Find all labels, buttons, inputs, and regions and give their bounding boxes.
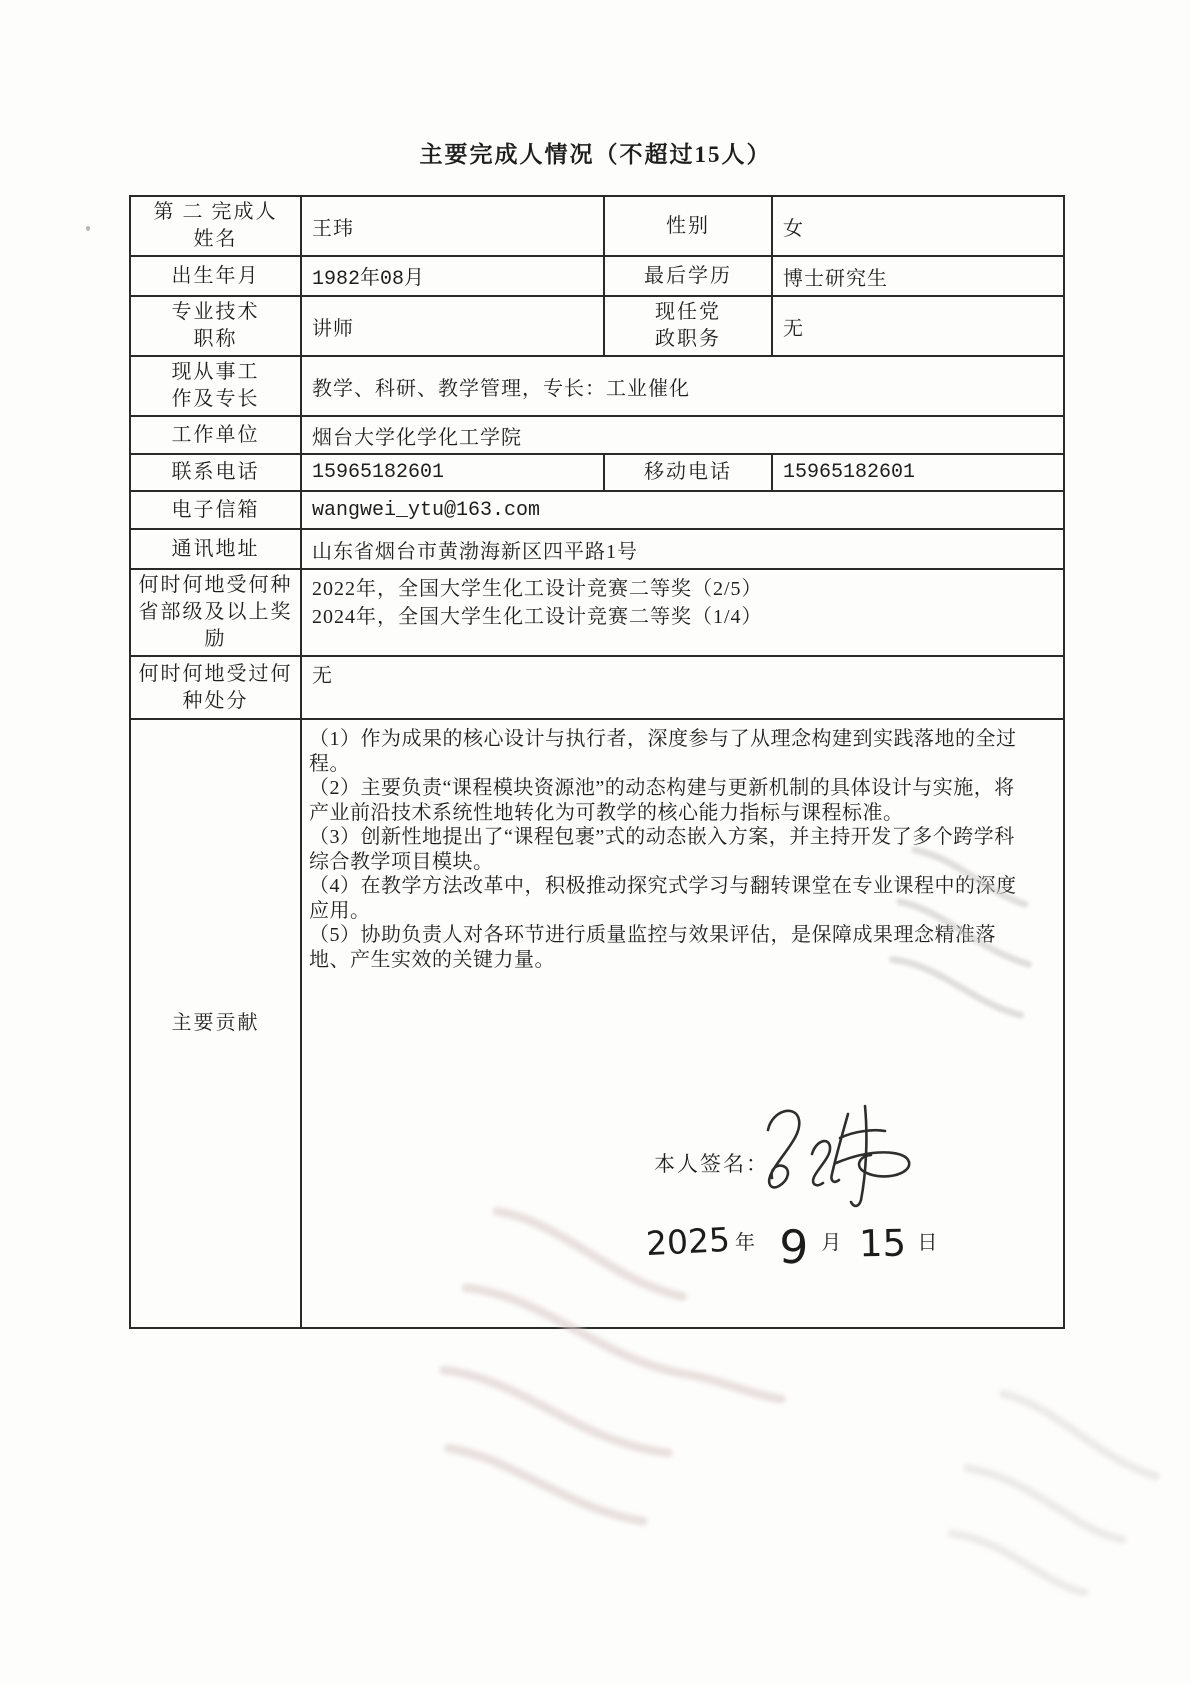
table-row: 现从事工 作及专长 教学、科研、教学管理，专长：工业催化 <box>130 356 1064 416</box>
bleedthrough-artifact <box>885 1335 1191 1645</box>
handwritten-year: 2025 <box>645 1220 731 1263</box>
contributions-cell: （1）作为成果的核心设计与执行者，深度参与了从理念构建到实践落地的全过程。 （2… <box>301 719 1064 1328</box>
awards-label: 何时何地受何种 省部级及以上奖 励 <box>130 569 301 656</box>
table-row: 工作单位 烟台大学化学化工学院 <box>130 416 1064 454</box>
day-unit: 日 <box>917 1232 938 1254</box>
birth-date-label: 出生年月 <box>130 256 301 296</box>
gender-label: 性别 <box>604 196 772 256</box>
work-unit-label: 工作单位 <box>130 416 301 454</box>
table-row: 通讯地址 山东省烟台市黄渤海新区四平路1号 <box>130 529 1064 569</box>
education-label: 最后学历 <box>604 256 772 296</box>
table-row: 何时何地受何种 省部级及以上奖 励 2022年，全国大学生化工设计竞赛二等奖（2… <box>130 569 1064 656</box>
contribution-item-3: （3）创新性地提出了“课程包裹”式的动态嵌入方案，并主持开发了多个跨学科综合教学… <box>309 825 1033 874</box>
email-value: wangwei_ytu@163.com <box>301 491 1064 529</box>
professional-title-value: 讲师 <box>301 296 604 356</box>
birth-date-value: 1982年08月 <box>301 256 604 296</box>
mobile-phone-label: 移动电话 <box>604 454 772 491</box>
handwritten-day: 15 <box>859 1222 907 1266</box>
email-label: 电子信箱 <box>130 491 301 529</box>
year-unit: 年 <box>735 1232 756 1254</box>
contribution-item-5: （5）协助负责人对各环节进行质量监控与效果评估，是保障成果理念精准落地、产生实效… <box>309 923 1033 972</box>
handwritten-signature-wang-wei <box>752 1100 920 1212</box>
party-post-label: 现任党 政职务 <box>604 296 772 356</box>
contact-phone-value: 15965182601 <box>301 454 604 491</box>
table-row: 出生年月 1982年08月 最后学历 博士研究生 <box>130 256 1064 296</box>
punishment-value: 无 <box>301 656 1064 719</box>
contributions-text: （1）作为成果的核心设计与执行者，深度参与了从理念构建到实践落地的全过程。 （2… <box>302 720 1063 972</box>
education-value: 博士研究生 <box>772 256 1064 296</box>
mailing-address-value: 山东省烟台市黄渤海新区四平路1号 <box>301 529 1064 569</box>
table-row: 何时何地受过何 种处分 无 <box>130 656 1064 719</box>
current-work-label: 现从事工 作及专长 <box>130 356 301 416</box>
contact-phone-label: 联系电话 <box>130 454 301 491</box>
page-title: 主要完成人情况（不超过15人） <box>0 136 1191 169</box>
table-row: 主要贡献 （1）作为成果的核心设计与执行者，深度参与了从理念构建到实践落地的全过… <box>130 719 1064 1328</box>
contribution-item-2: （2）主要负责“课程模块资源池”的动态构建与更新机制的具体设计与实施，将产业前沿… <box>309 776 1033 825</box>
table-row: 专业技术 职称 讲师 现任党 政职务 无 <box>130 296 1064 356</box>
completer-info-table: 第 二 完成人 姓名 王玮 性别 女 出生年月 1982年08月 最后学历 博士… <box>129 195 1065 1329</box>
awards-value: 2022年，全国大学生化工设计竞赛二等奖（2/5） 2024年，全国大学生化工设… <box>301 569 1064 656</box>
signature-date: 2025 年 9 月 15 日 <box>646 1220 938 1274</box>
scanned-form-page: 主要完成人情况（不超过15人） 第 二 完成人 姓名 王玮 性别 女 出生年月 … <box>0 0 1191 1684</box>
table-row: 第 二 完成人 姓名 王玮 性别 女 <box>130 196 1064 256</box>
scan-speck <box>86 226 90 231</box>
professional-title-label: 专业技术 职称 <box>130 296 301 356</box>
mobile-phone-value: 15965182601 <box>772 454 1064 491</box>
contribution-item-4: （4）在教学方法改革中，积极推动探究式学习与翻转课堂在专业课程中的深度应用。 <box>309 874 1033 923</box>
completer-name-value: 王玮 <box>301 196 604 256</box>
table-row: 联系电话 15965182601 移动电话 15965182601 <box>130 454 1064 491</box>
current-work-value: 教学、科研、教学管理，专长：工业催化 <box>301 356 1064 416</box>
punishment-label: 何时何地受过何 种处分 <box>130 656 301 719</box>
handwritten-month: 9 <box>778 1220 809 1275</box>
completer-name-label: 第 二 完成人 姓名 <box>130 196 301 256</box>
gender-value: 女 <box>772 196 1064 256</box>
table-row: 电子信箱 wangwei_ytu@163.com <box>130 491 1064 529</box>
mailing-address-label: 通讯地址 <box>130 529 301 569</box>
contributions-label: 主要贡献 <box>130 719 301 1328</box>
party-post-value: 无 <box>772 296 1064 356</box>
month-unit: 月 <box>821 1232 842 1254</box>
work-unit-value: 烟台大学化学化工学院 <box>301 416 1064 454</box>
contribution-item-1: （1）作为成果的核心设计与执行者，深度参与了从理念构建到实践落地的全过程。 <box>309 727 1033 776</box>
